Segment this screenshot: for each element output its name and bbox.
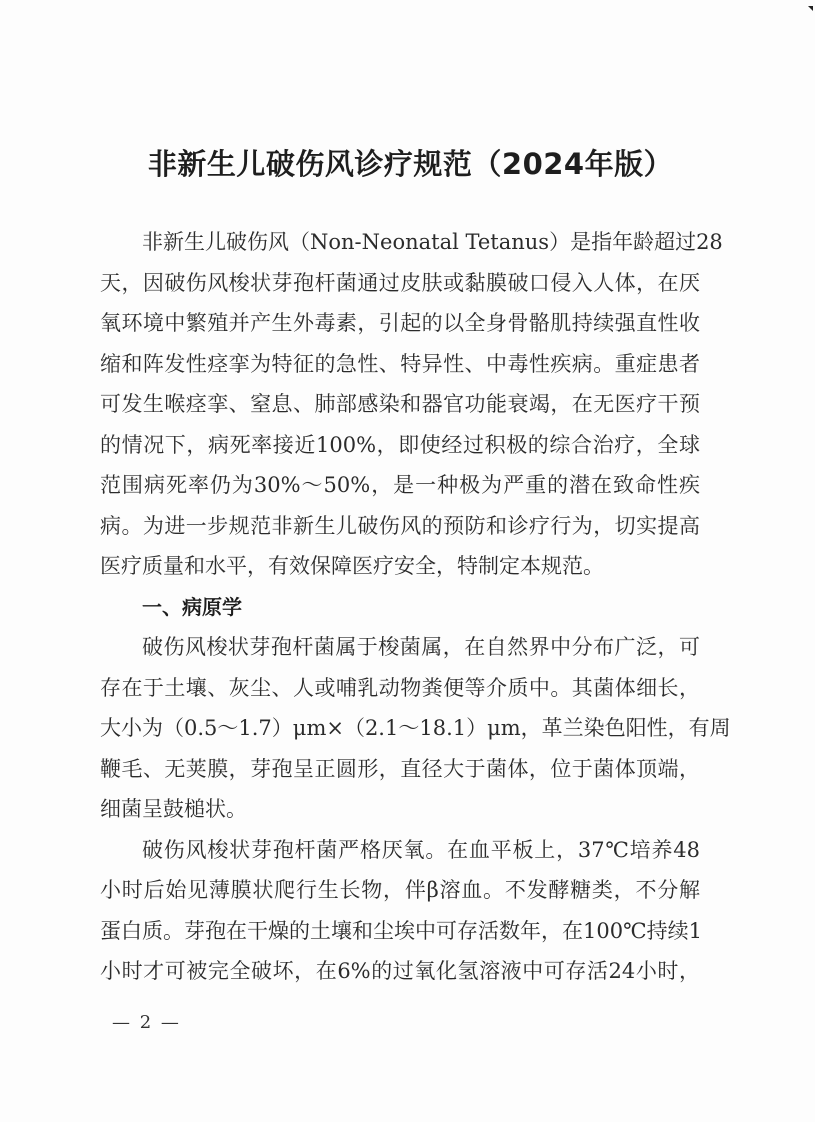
paragraph-line: 破伤风梭状芽孢杆菌属于梭菌属，在自然界中分布广泛，可 bbox=[100, 627, 700, 668]
document-page: 非新生儿破伤风诊疗规范（2024年版） 非新生儿破伤风（Non-Neonatal… bbox=[0, 0, 815, 1122]
paragraph-line: 细菌呈鼓槌状。 bbox=[100, 789, 700, 830]
paragraph-line: 存在于土壤、灰尘、人或哺乳动物粪便等介质中。其菌体细长， bbox=[100, 668, 700, 709]
paragraph-line: 鞭毛、无荚膜，芽孢呈正圆形，直径大于菌体，位于菌体顶端， bbox=[100, 749, 700, 790]
paragraph-line: 氧环境中繁殖并产生外毒素，引起的以全身骨骼肌持续强直性收 bbox=[100, 303, 700, 344]
corner-mark-icon bbox=[808, 6, 813, 11]
paragraph-line: 医疗质量和水平，有效保障医疗安全，特制定本规范。 bbox=[100, 546, 700, 587]
paragraph-line: 蛋白质。芽孢在干燥的土壤和尘埃中可存活数年，在100℃持续1 bbox=[100, 911, 700, 952]
paragraph-line: 缩和阵发性痉挛为特征的急性、特异性、中毒性疾病。重症患者 bbox=[100, 344, 700, 385]
paragraph-line: 天，因破伤风梭状芽孢杆菌通过皮肤或黏膜破口侵入人体，在厌 bbox=[100, 263, 700, 304]
page-number: — 2 — bbox=[112, 1012, 181, 1033]
paragraph-line: 病。为进一步规范非新生儿破伤风的预防和诊疗行为，切实提高 bbox=[100, 506, 700, 547]
paragraph-line: 小时才可被完全破坏，在6%的过氧化氢溶液中可存活24小时， bbox=[100, 951, 700, 992]
section-heading-etiology: 一、病原学 bbox=[100, 587, 700, 628]
document-title: 非新生儿破伤风诊疗规范（2024年版） bbox=[0, 142, 815, 183]
paragraph-line: 范围病死率仍为30%～50%，是一种极为严重的潜在致命性疾 bbox=[100, 465, 700, 506]
paragraph-line: 非新生儿破伤风（Non-Neonatal Tetanus）是指年龄超过28 bbox=[100, 222, 700, 263]
document-body: 非新生儿破伤风（Non-Neonatal Tetanus）是指年龄超过28 天，… bbox=[100, 222, 700, 992]
paragraph-line: 可发生喉痉挛、窒息、肺部感染和器官功能衰竭，在无医疗干预 bbox=[100, 384, 700, 425]
paragraph-line: 大小为（0.5～1.7）μm×（2.1～18.1）μm，革兰染色阳性，有周 bbox=[100, 708, 700, 749]
paragraph-line: 破伤风梭状芽孢杆菌严格厌氧。在血平板上，37℃培养48 bbox=[100, 830, 700, 871]
paragraph-line: 的情况下，病死率接近100%，即使经过积极的综合治疗，全球 bbox=[100, 425, 700, 466]
paragraph-line: 小时后始见薄膜状爬行生长物，伴β溶血。不发酵糖类，不分解 bbox=[100, 870, 700, 911]
